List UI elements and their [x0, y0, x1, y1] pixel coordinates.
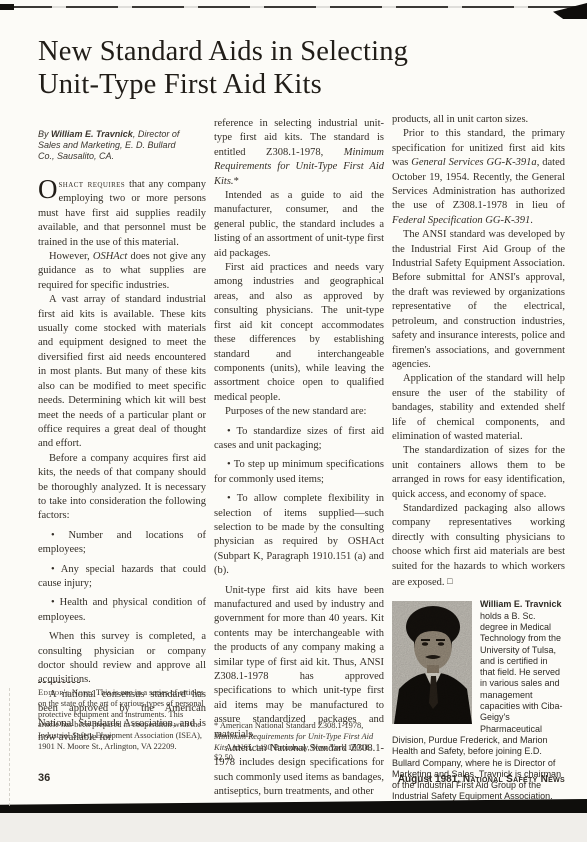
bullet-item: • To step up minimum specifications for …	[214, 458, 384, 487]
paragraph: reference in selecting industrial unit-t…	[214, 117, 384, 189]
footer-issue-date: August 1981,	[398, 774, 463, 785]
editors-note-body: This is one in a series of articles on t…	[38, 688, 204, 751]
paragraph: Before a company acquires first aid kits…	[38, 452, 206, 524]
bullet-item: • Health and physical condition of emplo…	[38, 596, 206, 625]
paragraph: Intended as a guide to aid the manufactu…	[214, 189, 384, 261]
article-title: New Standard Aids in Selecting Unit-Type…	[38, 36, 548, 101]
opening-smallcaps: shact requires	[59, 179, 126, 190]
footnote-asterisk: *	[234, 176, 239, 187]
page-number: 36	[38, 772, 50, 784]
article-title-line1: New Standard Aids in Selecting	[38, 36, 548, 69]
reference-footnote: * American National Standard Z308.1-1978…	[214, 721, 380, 764]
editors-note-label: Editor's Note:	[38, 688, 94, 697]
scan-mark-left	[9, 688, 10, 806]
byline: By William E. Travnick, Director of Sale…	[38, 129, 190, 162]
column-3: products, all in unit carton sizes. Prio…	[392, 113, 565, 813]
column-2: reference in selecting industrial unit-t…	[214, 117, 384, 813]
footnote-rule	[38, 682, 80, 683]
end-of-article-mark: □	[447, 576, 452, 586]
bullet-item: • Any special hazards that could cause i…	[38, 563, 206, 592]
paragraph: products, all in unit carton sizes.	[392, 113, 565, 127]
scan-mark-top-left	[0, 4, 14, 10]
editors-note: Editor's Note: This is one in a series o…	[38, 682, 204, 753]
paragraph: Oshact requires that any company employi…	[38, 178, 206, 250]
paragraph: Unit-type first aid kits have been manuf…	[214, 584, 384, 742]
paragraph: Standardized packaging also allows compa…	[392, 502, 565, 590]
paragraph: Purposes of the new standard are:	[214, 405, 384, 419]
author-bio: William E. Travnick holds a B. Sc. degre…	[392, 599, 565, 802]
bullet-item: • To standardize sizes of first aid case…	[214, 425, 384, 454]
magazine-page: New Standard Aids in Selecting Unit-Type…	[0, 0, 587, 842]
bio-author-name: William E. Travnick	[480, 599, 561, 609]
drop-cap: O	[38, 178, 59, 201]
article-title-line2: Unit-Type First Aid Kits	[38, 69, 548, 102]
author-portrait-photo	[392, 601, 472, 724]
paragraph: A vast array of standard industrial firs…	[38, 293, 206, 451]
paragraph: However, OSHAct does not give any guidan…	[38, 250, 206, 293]
byline-prefix: By	[38, 129, 51, 139]
paragraph: The standardization of sizes for the uni…	[392, 444, 565, 502]
paragraph: Prior to this standard, the primary spec…	[392, 127, 565, 228]
paragraph: First aid practices and needs vary among…	[214, 261, 384, 405]
footer-issue-line: August 1981, National Safety News	[398, 774, 565, 785]
paragraph: Application of the standard will help en…	[392, 372, 565, 444]
byline-author-name: William E. Travnick	[51, 129, 133, 139]
footer-magazine-name: National Safety News	[463, 774, 565, 785]
bullet-item: • To allow complete flexibility in selec…	[214, 492, 384, 578]
paragraph: The ANSI standard was developed by the I…	[392, 228, 565, 372]
paragraph: When this survey is completed, a consult…	[38, 630, 206, 688]
bullet-item: • Number and locations of employees;	[38, 529, 206, 558]
scan-edge-top	[0, 6, 587, 8]
column-1: By William E. Travnick, Director of Sale…	[38, 120, 206, 820]
